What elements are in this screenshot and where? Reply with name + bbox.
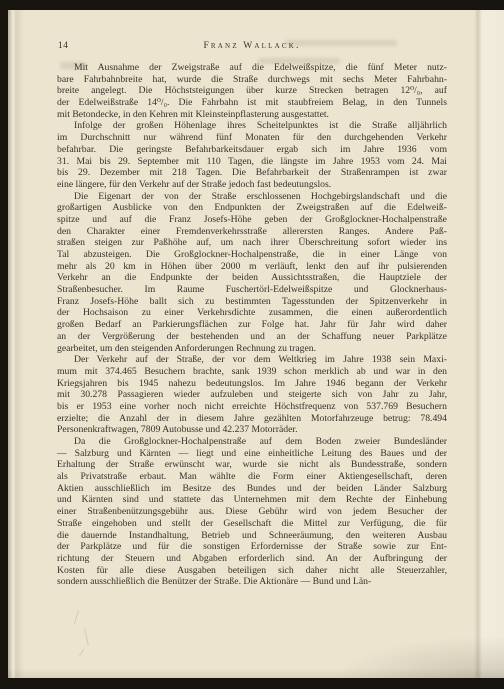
scan-page: 14 Franz Wallack. Mit Ausnahme der Zweig…: [8, 10, 504, 678]
text-line: — Salzburg und Kärnten — liegt und eine …: [57, 448, 447, 460]
paragraph: Da die Großglockner-Hochalpenstraße auf …: [57, 436, 447, 588]
text-line: Da die Großglockner-Hochalpenstraße auf …: [57, 436, 447, 448]
text-line: mum mit 374.465 Besuchern brachte, sank …: [57, 366, 447, 378]
text-line: Erhaltung der Straße erwünscht war, wurd…: [57, 459, 447, 471]
pencil-smudge: [74, 610, 79, 624]
text-line: und Kärnten sind und stattete das Untern…: [57, 494, 447, 506]
text-line: 31. Mai bis 29. September mit 110 Tagen,…: [57, 156, 447, 168]
text-line: als Privatstraße erbaut. Man wählte die …: [57, 471, 447, 483]
text-line: richtung der Steuern und Abgaben erforde…: [57, 553, 447, 565]
text-line: breite angelegt. Die Höchststeigungen üb…: [57, 85, 447, 97]
text-column: 14 Franz Wallack. Mit Ausnahme der Zweig…: [57, 40, 447, 588]
text-line: an der Vergrößerung der bestehenden und …: [57, 331, 447, 343]
text-line: der Hochsaison zu einer Verkehrsdichte z…: [57, 307, 447, 319]
text-line: Verkehr an die Endpunkte der beiden Auss…: [57, 272, 447, 284]
text-line: Straße eingehoben und stellt der Gesells…: [57, 518, 447, 530]
text-line: befahrbar. Die geringste Befahrbarkeitsd…: [57, 144, 447, 156]
text-line: bis er 1953 eine vorher noch nicht errei…: [57, 401, 447, 413]
text-line: den Charakter einer Fremdenverkehrsstraß…: [57, 226, 447, 238]
text-line: im Durchschnitt nur während fünf Monaten…: [57, 132, 447, 144]
paragraph: Die Eigenart der von der Straße erschlos…: [57, 191, 447, 355]
text-line: Personenkraftwagen, 7809 Autobusse und 4…: [57, 424, 447, 436]
text-line: Die Eigenart der von der Straße erschlos…: [57, 191, 447, 203]
pencil-smudge: [84, 628, 89, 646]
text-line: gearbeitet, um den steigenden Anforderun…: [57, 343, 447, 355]
text-line: großen Bedarf an Parkierungsflächen zur …: [57, 319, 447, 331]
scan-background: { "colors":{ "frame_black":"#17130e", "p…: [0, 0, 504, 689]
text-line: Kosten für alle diese Ausgaben beteilige…: [57, 565, 447, 577]
pencil-smudge: [79, 648, 84, 656]
text-line: Straßenbesucher. Im Raume Fuschertörl-Ed…: [57, 284, 447, 296]
text-line: Mit Ausnahme der Zweigstraße auf die Ede…: [57, 62, 447, 74]
text-line: sondern ausschließlich die Benützer der …: [57, 576, 447, 588]
text-line: bis 29. Dezember mit 218 Tagen. Die Befa…: [57, 167, 447, 179]
paragraph: Mit Ausnahme der Zweigstraße auf die Ede…: [57, 62, 447, 120]
text-line: der Parkplätze und für die sonstigen Erf…: [57, 541, 447, 553]
text-line: Tal abzusteigen. Die Großglockner-Hochal…: [57, 249, 447, 261]
text-line: großartigen Ausblicke von den Endpunkten…: [57, 202, 447, 214]
text-line: erzielte; die Anzahl der in diesem Jahre…: [57, 413, 447, 425]
text-line: mit Betondecke, in den Kehren mit Kleins…: [57, 109, 447, 121]
text-line: die dauernde Instandhaltung, Betrieb und…: [57, 530, 447, 542]
text-line: bare Fahrbahnbreite hat, wurde die Straß…: [57, 74, 447, 86]
text-line: mehr als 20 km in Höhen über 2000 m verl…: [57, 261, 447, 273]
text-body: Mit Ausnahme der Zweigstraße auf die Ede…: [57, 62, 447, 588]
text-line: Der Verkehr auf der Straße, der vor dem …: [57, 354, 447, 366]
paragraph: Der Verkehr auf der Straße, der vor dem …: [57, 354, 447, 436]
text-line: straßen steigen zur Paßhöhe auf, um nach…: [57, 237, 447, 249]
text-line: der Edelweißstraße 14⁰/₀. Die Fahrbahn i…: [57, 97, 447, 109]
running-header: Franz Wallack.: [57, 40, 447, 52]
text-line: Infolge der großen Höhenlage ihres Schei…: [57, 120, 447, 132]
text-line: spitze und auf die Franz Josefs-Höhe geb…: [57, 214, 447, 226]
paragraph: Infolge der großen Höhenlage ihres Schei…: [57, 120, 447, 190]
text-line: Kriegsjahren bis 1945 nahezu bedeutungsl…: [57, 378, 447, 390]
text-line: einer Straßenbenützungsgebühr aus. Diese…: [57, 506, 447, 518]
text-line: Aktien ausschließlich im Besitze des Bun…: [57, 483, 447, 495]
text-line: mit 30.278 Passagieren wieder aufzuleben…: [57, 389, 447, 401]
text-line: eine längere, für den Verkehr auf der St…: [57, 179, 447, 191]
text-line: Franz Josefs-Höhe ballt sich zu bestimmt…: [57, 296, 447, 308]
page-header: 14 Franz Wallack.: [57, 40, 447, 52]
